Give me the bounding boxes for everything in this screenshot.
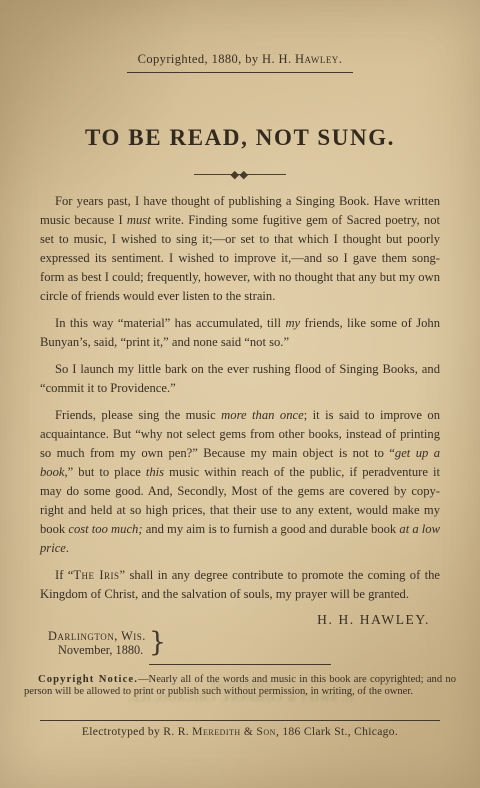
copyright-notice: Copyright Notice.—Nearly all of the word… xyxy=(24,674,456,697)
page-title: TO BE READ, NOT SUNG. xyxy=(40,123,440,153)
place-dateline: Darlington, Wis. November, 1880. } xyxy=(48,629,440,657)
dateline-place: Darlington, Wis. xyxy=(48,629,146,643)
dateline-brace: } xyxy=(149,629,166,657)
divider-diamond-icon xyxy=(231,171,239,179)
divider-diamond-icon xyxy=(240,171,248,179)
header-rule xyxy=(127,72,353,73)
copyright-header-text: Copyrighted, 1880, by H. H. Hawley. xyxy=(40,52,440,67)
paragraph-5: If “The Iris” shall in any degree contri… xyxy=(40,566,440,604)
paragraph-1: For years past, I have thought of publis… xyxy=(40,192,440,306)
author-signature: H. H. HAWLEY. xyxy=(40,612,440,628)
copyright-header: Copyrighted, 1880, by H. H. Hawley. xyxy=(40,0,440,73)
electrotyper-credit: Electrotyped by R. R. Meredith & Son, 18… xyxy=(40,725,440,738)
book-page: Copyrighted, 1880, by H. H. Hawley. TO B… xyxy=(0,0,480,788)
paragraph-3: So I launch my little bark on the ever r… xyxy=(40,360,440,398)
page-content: Copyrighted, 1880, by H. H. Hawley. TO B… xyxy=(0,0,480,738)
paragraph-2: In this way “material” has accumulated, … xyxy=(40,314,440,352)
preface-body: For years past, I have thought of publis… xyxy=(40,192,440,604)
notice-rule xyxy=(149,664,331,665)
dateline-date: November, 1880. xyxy=(58,643,146,657)
footer-rule xyxy=(40,720,440,721)
title-divider xyxy=(194,174,286,175)
paragraph-4: Friends, please sing the music more than… xyxy=(40,406,440,558)
